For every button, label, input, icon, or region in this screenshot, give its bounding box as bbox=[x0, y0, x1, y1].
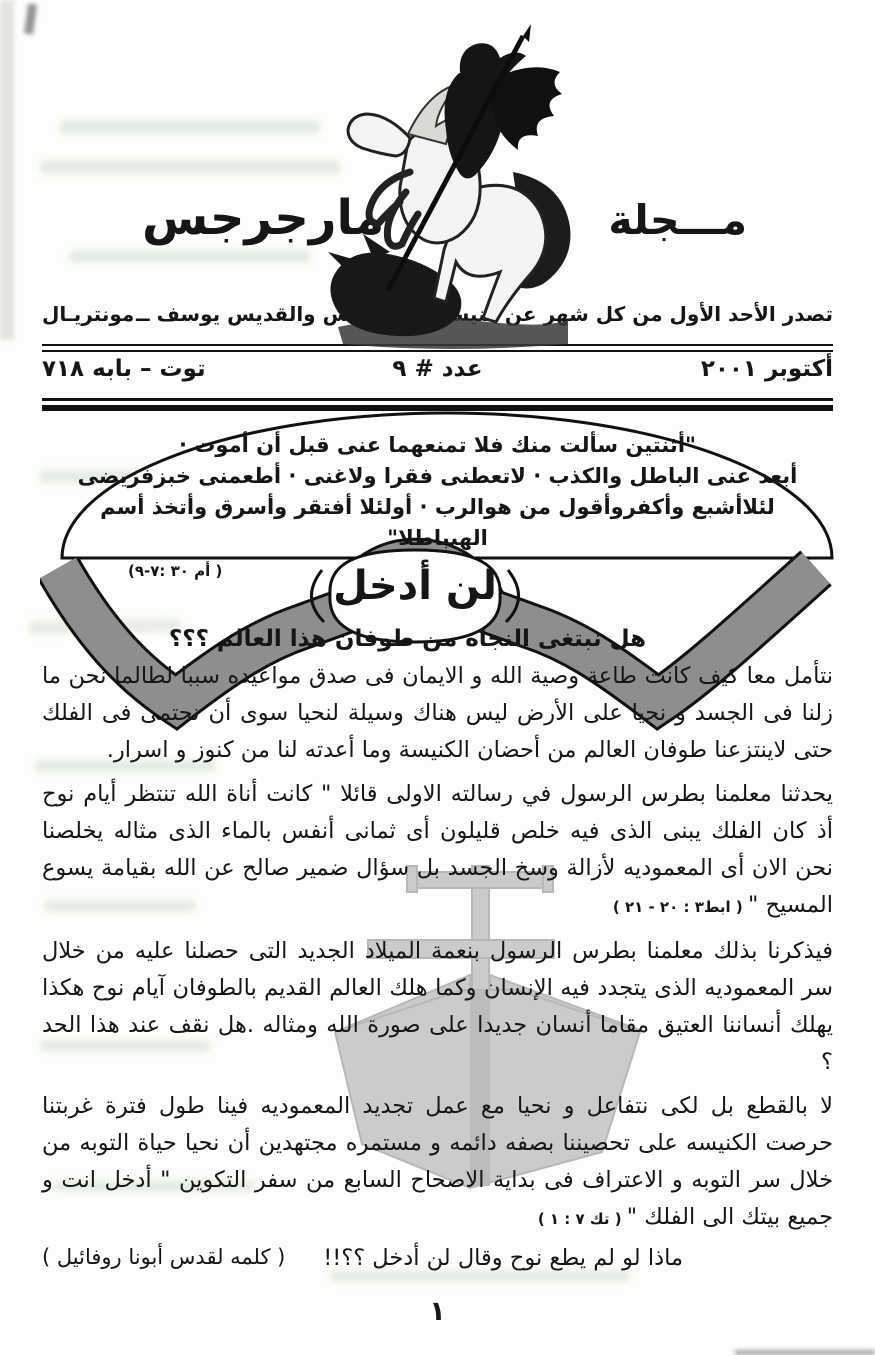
bleed-through-texture bbox=[330, 1270, 630, 1282]
closing-line: ماذا لو لم يطع نوح وقال لن أدخل ؟؟!! ( ك… bbox=[42, 1245, 833, 1271]
scripture-reference: ( تك ٧ : ١ ) bbox=[538, 1210, 627, 1228]
bleed-through-texture bbox=[70, 250, 310, 263]
magazine-page: مـــجلة مارجرجس تصدر الأحد الأول من كل ش… bbox=[0, 0, 875, 1355]
verse-line: "أثنتين سألت منك فلا تمنعهما عنى قبل أن … bbox=[70, 430, 805, 461]
verse-line: أبعد عنى الباطل والكذب · لاتعطنى فقرا ول… bbox=[70, 461, 805, 492]
verse-line: لئلاأشبع وأكفروأقول من هوالرب · أولئلا أ… bbox=[70, 492, 805, 554]
issue-info-bar: أكتوبر ٢٠٠١ عدد # ٩ توت – بابه ٧١٨ bbox=[42, 356, 833, 382]
closing-question: ماذا لو لم يطع نوح وقال لن أدخل ؟؟!! bbox=[323, 1245, 683, 1271]
page-number: ١ bbox=[0, 1296, 875, 1327]
paragraph-list: نتأمل معا كيف كانت طاعة وصية الله و الاي… bbox=[42, 658, 833, 1238]
coptic-date: توت – بابه ٧١٨ bbox=[42, 356, 306, 382]
gregorian-date: أكتوبر ٢٠٠١ bbox=[569, 356, 833, 382]
scan-edge-smudge bbox=[24, 4, 37, 35]
article-paragraph: نتأمل معا كيف كانت طاعة وصية الله و الاي… bbox=[42, 658, 833, 769]
scan-edge-smudge bbox=[0, 0, 14, 340]
author-credit: ( كلمه لقدس أبونا روفائيل ) bbox=[42, 1245, 285, 1271]
article-paragraph: لا بالقطع بل لكى نتفاعل و نحيا مع عمل تج… bbox=[42, 1088, 833, 1238]
lead-question: هل نبتغى النجاة من طوفان هذا العالم ؟؟؟ bbox=[42, 626, 773, 652]
st-george-and-dragon-illustration bbox=[318, 22, 583, 352]
scan-edge-smudge bbox=[735, 1350, 875, 1355]
article-paragraph: يحدثنا معلمنا بطرس الرسول في رسالته الاو… bbox=[42, 776, 833, 926]
article-title: لن أدخل bbox=[315, 563, 515, 609]
scripture-reference: ( ابط٣ : ٢٠ - ٢١ ) bbox=[613, 898, 748, 916]
issue-number: عدد # ٩ bbox=[306, 356, 570, 382]
subtitle-city: مونتريـال bbox=[42, 302, 134, 326]
magazine-word: مـــجلة bbox=[608, 196, 747, 244]
bleed-through-texture bbox=[40, 160, 340, 174]
bleed-through-texture bbox=[60, 120, 320, 134]
verse-lines: "أثنتين سألت منك فلا تمنعهما عنى قبل أن … bbox=[70, 430, 805, 554]
article-body: هل نبتغى النجاة من طوفان هذا العالم ؟؟؟ … bbox=[42, 626, 833, 1271]
article-paragraph: فيذكرنا بذلك معلمنا بطرس الرسول بنعمة ال… bbox=[42, 933, 833, 1081]
